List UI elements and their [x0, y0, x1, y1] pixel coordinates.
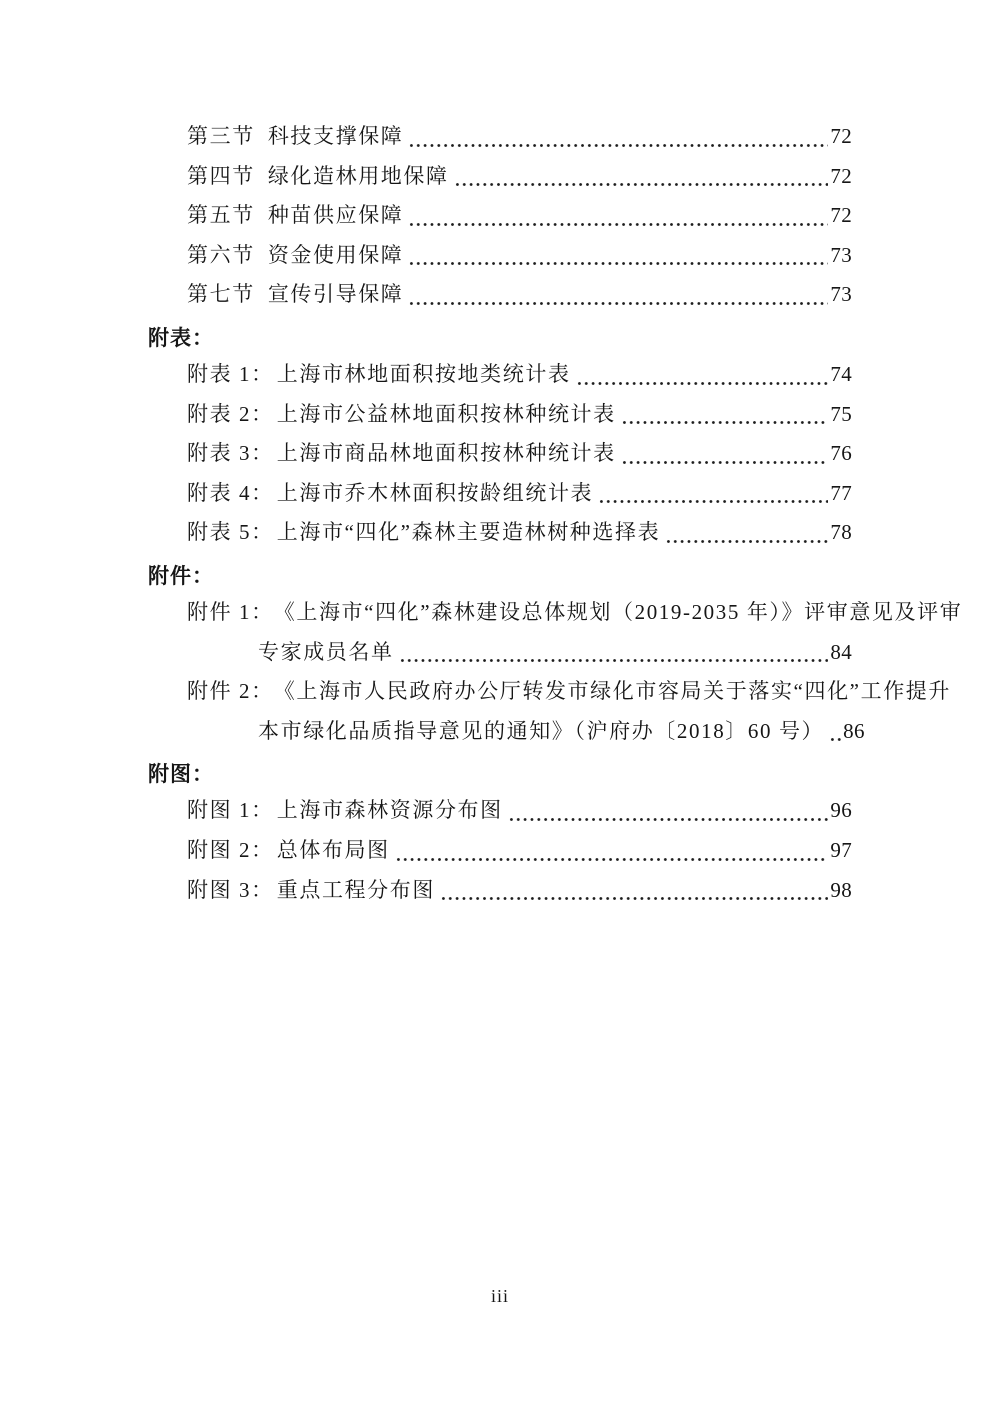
dot-leader	[408, 196, 828, 236]
toc-entry-first-line: 附件 1： 《上海市“四化”森林建设总体规划（2019-2035 年）》评审意见…	[148, 593, 852, 633]
toc-entry-title: 上海市乔木林面积按龄组统计表	[277, 474, 593, 514]
toc-entry-label: 附图 3：	[187, 871, 274, 911]
toc-entry-page: 73	[830, 275, 852, 315]
dot-leader	[408, 117, 828, 157]
toc-group-heading-label: 附图：	[148, 758, 214, 791]
toc-entry-title: 科技支撑保障	[268, 117, 404, 157]
toc-entry-page: 73	[830, 236, 852, 276]
document-page: 第三节 科技支撑保障 72 第四节 绿化造林用地保障 72 第五节 种苗供应保障…	[0, 0, 1000, 1414]
toc-entry-title-line2: 本市绿化品质指导意见的通知》（沪府办〔2018〕60 号）	[258, 712, 824, 752]
dot-leader	[829, 712, 841, 752]
toc-entry-page: 96	[830, 791, 852, 831]
toc-entry-wrap-line: 专家成员名单 84	[148, 633, 852, 673]
toc-group-heading-label: 附件：	[148, 560, 214, 593]
toc-entry: 附表 3： 上海市商品林地面积按林种统计表 76	[148, 434, 852, 474]
toc-entry-title-line2: 专家成员名单	[258, 633, 394, 673]
toc-entry-wrap-line: 本市绿化品质指导意见的通知》（沪府办〔2018〕60 号） 86	[148, 712, 852, 752]
toc-entry-label: 附件 1：	[187, 593, 274, 633]
dot-leader	[399, 633, 829, 673]
toc-entry-page: 74	[830, 355, 852, 395]
toc-entry-page: 86	[843, 712, 865, 752]
toc-entry-title: 资金使用保障	[268, 236, 404, 276]
toc-entry: 附图 3： 重点工程分布图 98	[148, 871, 852, 911]
toc-entry-page: 72	[830, 196, 852, 236]
dot-leader	[508, 791, 829, 831]
toc-entry: 附图 1： 上海市森林资源分布图 96	[148, 791, 852, 831]
dot-leader	[621, 434, 829, 474]
toc-entry-label: 附件 2：	[187, 672, 274, 712]
toc-entry: 附表 1： 上海市林地面积按地类统计表 74	[148, 355, 852, 395]
toc-entry-page: 72	[830, 157, 852, 197]
toc-entry-title: 总体布局图	[277, 831, 390, 871]
toc-entry-page: 84	[830, 633, 852, 673]
toc-entry-label: 附表 4：	[187, 474, 274, 514]
toc-group-heading-attachments: 附件：	[148, 560, 852, 593]
dot-leader	[454, 157, 829, 197]
toc-entry-title-line1: 《上海市“四化”森林建设总体规划（2019-2035 年）》评审意见及评审	[274, 593, 963, 633]
page-footer: iii	[0, 1286, 1000, 1307]
toc-entry-title: 宣传引导保障	[268, 275, 404, 315]
toc-entry-label: 第三节	[187, 117, 255, 157]
toc-entry-label: 第四节	[187, 157, 255, 197]
toc-entry-first-line: 附件 2： 《上海市人民政府办公厅转发市绿化市容局关于落实“四化”工作提升	[148, 672, 852, 712]
dot-leader	[665, 513, 828, 553]
toc-entry: 附表 5： 上海市“四化”森林主要造林树种选择表 78	[148, 513, 852, 553]
toc-entry-title: 重点工程分布图	[277, 871, 435, 911]
toc-group-heading-label: 附表：	[148, 322, 214, 355]
toc-entry-label: 第七节	[187, 275, 255, 315]
dot-leader	[395, 831, 829, 871]
toc-entry-page: 77	[830, 474, 852, 514]
toc-entry-title: 种苗供应保障	[268, 196, 404, 236]
toc-entry-page: 98	[830, 871, 852, 911]
toc-entry-label: 附图 1：	[187, 791, 274, 831]
toc-entry: 第五节 种苗供应保障 72	[148, 196, 852, 236]
toc-entry-label: 第六节	[187, 236, 255, 276]
toc-entry: 第三节 科技支撑保障 72	[148, 117, 852, 157]
toc-entry-title: 上海市公益林地面积按林种统计表	[277, 395, 616, 435]
toc-group-heading-tables: 附表：	[148, 322, 852, 355]
dot-leader	[408, 236, 828, 276]
toc-entry-page: 76	[830, 434, 852, 474]
toc-entry-label: 第五节	[187, 196, 255, 236]
toc-entry-label: 附表 5：	[187, 513, 274, 553]
dot-leader	[621, 395, 829, 435]
toc-entry-label: 附表 2：	[187, 395, 274, 435]
toc-entry-title: 上海市森林资源分布图	[277, 791, 503, 831]
toc-entry: 附表 4： 上海市乔木林面积按龄组统计表 77	[148, 474, 852, 514]
toc-entry-title-line1: 《上海市人民政府办公厅转发市绿化市容局关于落实“四化”工作提升	[274, 672, 951, 712]
toc-entry: 附表 2： 上海市公益林地面积按林种统计表 75	[148, 395, 852, 435]
toc-entry: 第四节 绿化造林用地保障 72	[148, 157, 852, 197]
toc-entry-title: 上海市林地面积按地类统计表	[277, 355, 571, 395]
dot-leader	[408, 275, 828, 315]
toc-entry-page: 97	[830, 831, 852, 871]
toc-entry-title: 上海市“四化”森林主要造林树种选择表	[277, 513, 660, 553]
toc-entry: 第六节 资金使用保障 73	[148, 236, 852, 276]
toc-entry-label: 附表 1：	[187, 355, 274, 395]
toc-entry-page: 75	[830, 395, 852, 435]
toc-entry: 附图 2： 总体布局图 97	[148, 831, 852, 871]
toc-entry-title: 绿化造林用地保障	[268, 157, 449, 197]
toc-group-heading-figures: 附图：	[148, 758, 852, 791]
dot-leader	[440, 871, 828, 911]
toc-entry-label: 附表 3：	[187, 434, 274, 474]
page-number: iii	[491, 1286, 509, 1306]
toc-entry-page: 72	[830, 117, 852, 157]
toc-entry-label: 附图 2：	[187, 831, 274, 871]
dot-leader	[576, 355, 829, 395]
dot-leader	[598, 474, 828, 514]
table-of-contents: 第三节 科技支撑保障 72 第四节 绿化造林用地保障 72 第五节 种苗供应保障…	[148, 117, 852, 910]
toc-entry-title: 上海市商品林地面积按林种统计表	[277, 434, 616, 474]
toc-entry: 第七节 宣传引导保障 73	[148, 275, 852, 315]
toc-entry-page: 78	[830, 513, 852, 553]
